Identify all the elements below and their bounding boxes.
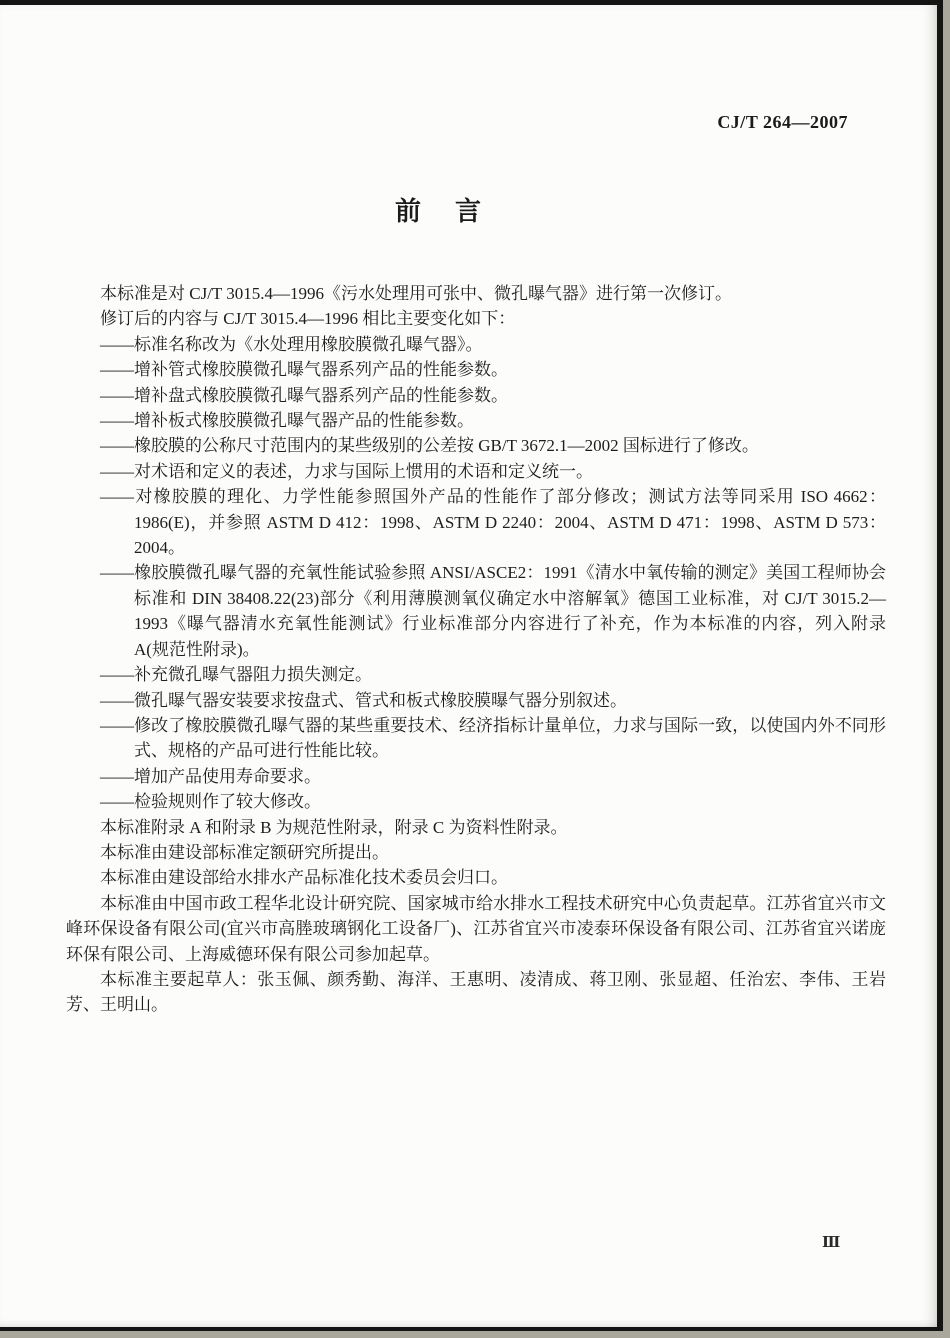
paragraph: 本标准由建设部标准定额研究所提出。 [66, 840, 886, 865]
paragraph: 本标准由中国市政工程华北设计研究院、国家城市给水排水工程技术研究中心负责起草。江… [66, 891, 886, 967]
paragraph: 修订后的内容与 CJ/T 3015.4—1996 相比主要变化如下： [66, 306, 886, 331]
page-number: Ⅲ [822, 1233, 840, 1252]
list-item: ——增加产品使用寿命要求。 [66, 764, 886, 789]
list-item: ——修改了橡胶膜微孔曝气器的某些重要技术、经济指标计量单位，力求与国际一致，以使… [66, 713, 886, 764]
paragraph: 本标准附录 A 和附录 B 为规范性附录，附录 C 为资料性附录。 [66, 815, 886, 840]
list-item: ——对术语和定义的表述，力求与国际上惯用的术语和定义统一。 [66, 459, 886, 484]
list-item: ——橡胶膜的公称尺寸范围内的某些级别的公差按 GB/T 3672.1—2002 … [66, 433, 886, 458]
document-page: CJ/T 264—2007 前 言 本标准是对 CJ/T 3015.4—1996… [0, 5, 937, 1327]
standard-number: CJ/T 264—2007 [0, 112, 848, 133]
scanned-document-view: CJ/T 264—2007 前 言 本标准是对 CJ/T 3015.4—1996… [0, 0, 950, 1338]
paragraph: 本标准由建设部给水排水产品标准化技术委员会归口。 [66, 865, 886, 890]
list-item: ——橡胶膜微孔曝气器的充氧性能试验参照 ANSI/ASCE2：1991《清水中氧… [66, 560, 886, 662]
list-item: ——增补管式橡胶膜微孔曝气器系列产品的性能参数。 [66, 357, 886, 382]
list-item: ——检验规则作了较大修改。 [66, 789, 886, 814]
paragraph: 本标准主要起草人：张玉佩、颜秀勤、海洋、王惠明、凌清成、蒋卫刚、张显超、任治宏、… [66, 967, 886, 1018]
list-item: ——增补板式橡胶膜微孔曝气器产品的性能参数。 [66, 408, 886, 433]
list-item: ——对橡胶膜的理化、力学性能参照国外产品的性能作了部分修改；测试方法等同采用 I… [66, 484, 886, 560]
list-item: ——补充微孔曝气器阻力损失测定。 [66, 662, 886, 687]
list-item: ——标准名称改为《水处理用橡胶膜微孔曝气器》。 [66, 332, 886, 357]
list-item: ——微孔曝气器安装要求按盘式、管式和板式橡胶膜曝气器分别叙述。 [66, 688, 886, 713]
foreword-body: 本标准是对 CJ/T 3015.4—1996《污水处理用可张中、微孔曝气器》进行… [66, 281, 886, 1018]
list-item: ——增补盘式橡胶膜微孔曝气器系列产品的性能参数。 [66, 383, 886, 408]
paragraph: 本标准是对 CJ/T 3015.4—1996《污水处理用可张中、微孔曝气器》进行… [66, 281, 886, 306]
page-title: 前 言 [0, 191, 880, 228]
